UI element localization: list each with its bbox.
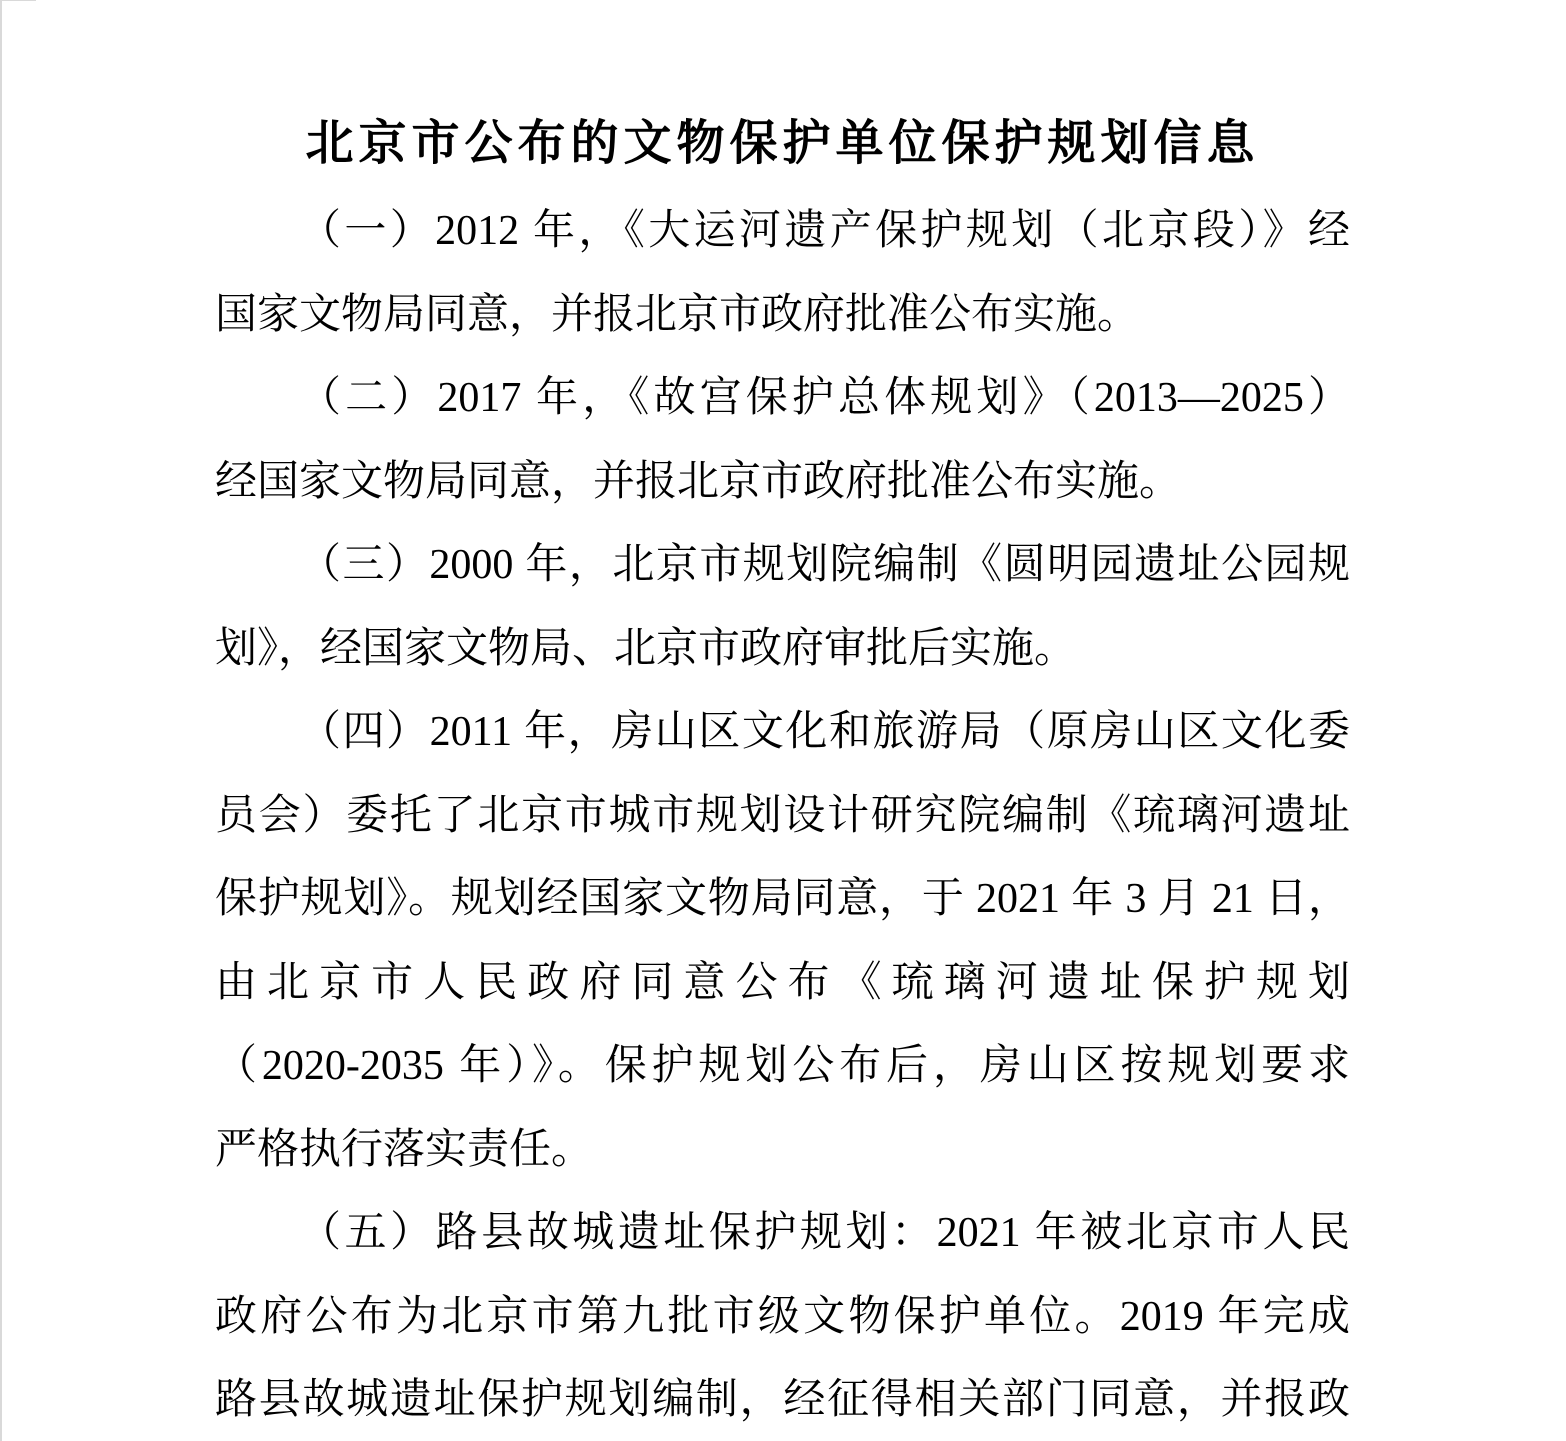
paragraph-line: （一）2012 年，《大运河遗产保护规划（北京段）》经 — [215, 190, 1350, 274]
paragraph-line: 严格执行落实责任。 — [215, 1109, 1350, 1193]
page-left-edge — [0, 0, 2, 1441]
paragraph-line: （2020-2035 年）》。保护规划公布后，房山区按规划要求 — [215, 1025, 1350, 1109]
document-body: （一）2012 年，《大运河遗产保护规划（北京段）》经国家文物局同意，并报北京市… — [215, 190, 1350, 1441]
paragraph-line: 国家文物局同意，并报北京市政府批准公布实施。 — [215, 274, 1350, 358]
paragraph-line: （五）路县故城遗址保护规划：2021 年被北京市人民 — [215, 1192, 1350, 1276]
paragraph-line: 路县故城遗址保护规划编制，经征得相关部门同意，并报政 — [215, 1359, 1350, 1441]
paragraph-line: 划》，经国家文物局、北京市政府审批后实施。 — [215, 608, 1350, 692]
document-page: { "document": { "title": "北京市公布的文物保护单位保护… — [0, 0, 1566, 1441]
paragraph-line: 保护规划》。规划经国家文物局同意，于 2021 年 3 月 21 日， — [215, 858, 1350, 942]
paragraph-line: （二）2017 年，《故宫保护总体规划》（2013—2025） — [215, 357, 1350, 441]
paragraph-line: 由北京市人民政府同意公布《琉璃河遗址保护规划 — [215, 942, 1350, 1026]
page-top-edge — [0, 0, 36, 1]
document-content: 北京市公布的文物保护单位保护规划信息 （一）2012 年，《大运河遗产保护规划（… — [215, 98, 1350, 1441]
paragraph-line: 政府公布为北京市第九批市级文物保护单位。2019 年完成 — [215, 1276, 1350, 1360]
paragraph-line: （三）2000 年，北京市规划院编制《圆明园遗址公园规 — [215, 524, 1350, 608]
paragraph-line: （四）2011 年，房山区文化和旅游局（原房山区文化委 — [215, 691, 1350, 775]
paragraph-line: 员会）委托了北京市城市规划设计研究院编制《琉璃河遗址 — [215, 775, 1350, 859]
document-title: 北京市公布的文物保护单位保护规划信息 — [215, 98, 1350, 190]
paragraph-line: 经国家文物局同意，并报北京市政府批准公布实施。 — [215, 441, 1350, 525]
